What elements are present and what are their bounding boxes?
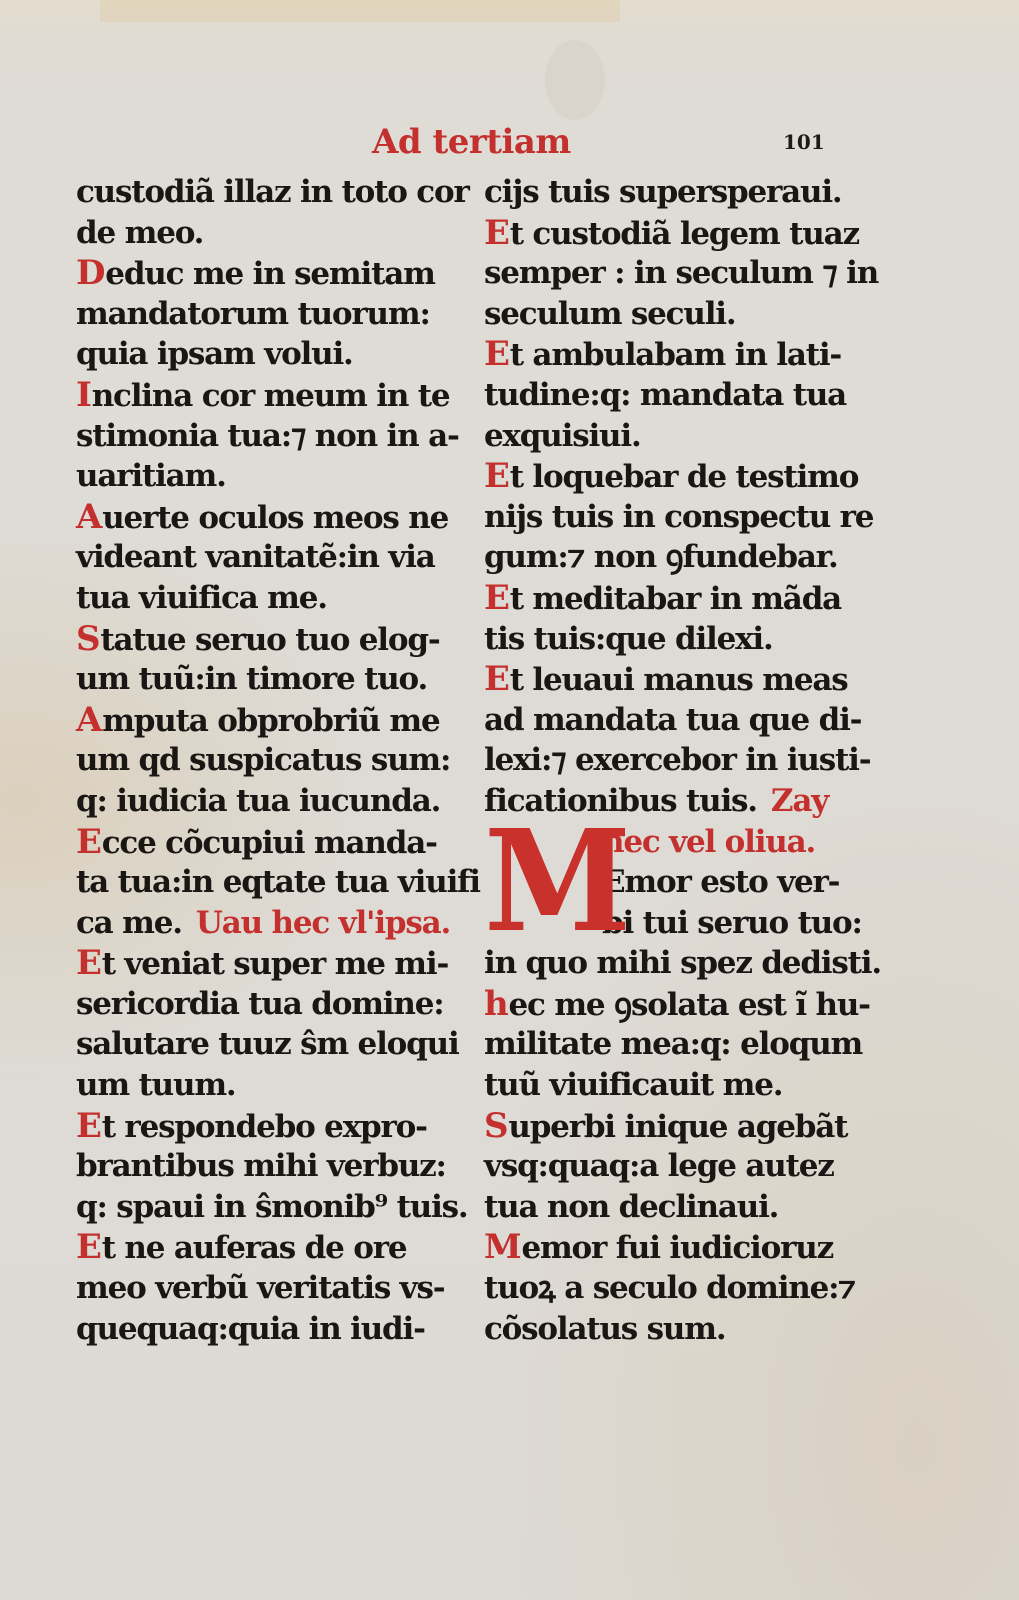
rubricated-initial: A [76,497,101,537]
line-text: tua viuifica me. [76,580,327,616]
rubricated-initial: E [76,943,101,983]
line-text: lexi:⁊ exercebor in iusti- [484,742,870,778]
line-text: cõsolatus sum. [484,1311,725,1347]
text-line: semper : in seculum ⁊ in [484,253,864,294]
line-text: quequaq:quia in iudi- [76,1311,425,1347]
text-line: q: iudicia tua iucunda. [76,781,456,822]
rubric-text: Zay [771,783,828,819]
text-line: exquisiui. [484,416,864,457]
line-text: videant vanitatẽ:in via [76,539,435,575]
line-text: meo verbũ veritatis vs- [76,1270,444,1306]
text-line: sericordia tua domine: [76,984,456,1025]
text-line: q: spaui in ŝmonib⁹ tuis. [76,1187,456,1228]
text-line: tuoꝝ a seculo domine:⁊ [484,1268,864,1309]
text-line: Et leuaui manus meas [484,659,864,700]
line-text: custodiã illaz in toto cor [76,174,469,210]
rubricated-initial: h [484,984,508,1024]
folio-number: 101 [783,130,825,154]
text-line: brantibus mihi verbuz: [76,1146,456,1187]
text-line: lexi:⁊ exercebor in iusti- [484,740,864,781]
line-text: tuoꝝ a seculo domine:⁊ [484,1270,855,1306]
line-text: nclina cor meum in te [92,378,450,414]
line-text: um tuum. [76,1067,236,1103]
text-line: cõsolatus sum. [484,1309,864,1350]
text-line: stimonia tua:⁊ non in a- [76,416,456,457]
text-line: Inclina cor meum in te [76,375,456,416]
running-head: Ad tertiam [372,122,571,162]
text-line: salutare tuuz ŝm eloqui [76,1024,456,1065]
decorated-initial-letter: M [484,822,579,942]
rubricated-initial: I [76,375,91,415]
line-text: ad mandata tua que di- [484,702,861,738]
manuscript-page: Ad tertiam 101 custodiã illaz in toto co… [0,0,1019,1600]
rubricated-initial: D [76,253,104,293]
decorated-initial: M [484,822,584,942]
text-line: uaritiam. [76,456,456,497]
line-text: t leuaui manus meas [510,662,848,698]
text-line: um tuũ:in timore tuo. [76,659,456,700]
line-text: seculum seculi. [484,296,735,332]
line-text: q: iudicia tua iucunda. [76,783,440,819]
line-text: t veniat super me mi- [102,946,448,982]
text-line: ad mandata tua que di- [484,700,864,741]
line-text: militate mea:q: eloqum [484,1026,862,1062]
line-text: brantibus mihi verbuz: [76,1148,446,1184]
text-line: tua non declinaui. [484,1187,864,1228]
text-line: tuũ viuificauit me. [484,1065,864,1106]
rubricated-initial: E [484,456,509,496]
line-text: ta tua:in eqtate tua viuifi [76,864,480,900]
text-line: Et loquebar de testimo [484,456,864,497]
left-column: custodiã illaz in toto corde meo.Deduc m… [76,172,456,1349]
text-line: Et veniat super me mi- [76,943,456,984]
line-text: uaritiam. [76,458,226,494]
rubric-text: hec vel oliua. [602,824,815,860]
text-line: Et custodiã legem tuaz [484,213,864,254]
line-text: educ me in semitam [105,256,434,292]
line-text: semper : in seculum ⁊ in [484,255,878,291]
line-text: tatue seruo tuo elog- [100,622,439,658]
line-text: exquisiui. [484,418,641,454]
text-line: Et ne auferas de ore [76,1227,456,1268]
line-text: ec me ꝯsolata est ĩ hu- [509,987,870,1023]
line-text: gum:⁊ non ꝯfundebar. [484,539,838,575]
text-line: Superbi inique agebãt [484,1106,864,1147]
text-line: Auerte oculos meos ne [76,497,456,538]
paper-stain [545,40,605,120]
text-line: cijs tuis supersperaui. [484,172,864,213]
rubricated-initial: E [76,822,101,862]
line-text: t respondebo expro- [102,1109,427,1145]
rubricated-initial: E [484,578,509,618]
rubricated-initial: E [76,1106,101,1146]
text-line: Et ambulabam in lati- [484,334,864,375]
line-text: nijs tuis in conspectu re [484,499,873,535]
rubric-text: Uau hec vl'ipsa. [196,905,450,941]
text-line: ca me.Uau hec vl'ipsa. [76,903,456,944]
text-line: mandatorum tuorum: [76,294,456,335]
rubricated-initial: A [76,700,101,740]
text-line: Statue seruo tuo elog- [76,619,456,660]
text-line: Amputa obprobriũ me [76,700,456,741]
text-line: ta tua:in eqtate tua viuifi [76,862,456,903]
line-text: t ne auferas de ore [102,1230,407,1266]
text-line: custodiã illaz in toto cor [76,172,456,213]
text-line: videant vanitatẽ:in via [76,537,456,578]
text-line: hec me ꝯsolata est ĩ hu- [484,984,864,1025]
text-line: Et respondebo expro- [76,1106,456,1147]
text-line: vsq:quaq:a lege autez [484,1146,864,1187]
line-text: um qd suspicatus sum: [76,742,450,778]
line-text: cce cõcupiui manda- [102,825,437,861]
line-text: bi tui seruo tuo: [602,905,862,941]
rubricated-initial: E [76,1227,101,1267]
line-text: Emor esto ver- [602,864,839,900]
text-line: gum:⁊ non ꝯfundebar. [484,537,864,578]
text-line: de meo. [76,213,456,254]
rubricated-initial: S [484,1106,507,1146]
line-text: de meo. [76,215,203,251]
line-text: stimonia tua:⁊ non in a- [76,418,459,454]
line-text: salutare tuuz ŝm eloqui [76,1026,459,1062]
line-text: tua non declinaui. [484,1189,778,1225]
text-line: um tuum. [76,1065,456,1106]
text-line: tudine:q: mandata tua [484,375,864,416]
text-line: militate mea:q: eloqum [484,1024,864,1065]
line-text: emor fui iudicioruz [521,1230,833,1266]
text-line: Deduc me in semitam [76,253,456,294]
line-text: uerte oculos meos ne [102,500,448,536]
text-line: quia ipsam volui. [76,334,456,375]
rubricated-initial: E [484,659,509,699]
rubricated-initial: S [76,619,99,659]
line-text: uperbi inique agebãt [508,1109,847,1145]
text-line: tis tuis:que dilexi. [484,619,864,660]
text-line: meo verbũ veritatis vs- [76,1268,456,1309]
text-line: quequaq:quia in iudi- [76,1309,456,1350]
text-line: um qd suspicatus sum: [76,740,456,781]
text-line: Ecce cõcupiui manda- [76,822,456,863]
line-text: um tuũ:in timore tuo. [76,661,427,697]
line-text: t loquebar de testimo [510,459,858,495]
text-line: tua viuifica me. [76,578,456,619]
line-text: t custodiã legem tuaz [510,216,859,252]
text-line: Et meditabar in mãda [484,578,864,619]
line-text: mandatorum tuorum: [76,296,430,332]
line-text: t ambulabam in lati- [510,337,841,373]
line-text: ca me. [76,905,182,941]
line-text: quia ipsam volui. [76,336,353,372]
line-text: cijs tuis supersperaui. [484,174,842,210]
line-text: tudine:q: mandata tua [484,377,846,413]
text-line: seculum seculi. [484,294,864,335]
rubricated-initial: M [484,1227,520,1267]
rubricated-initial: E [484,334,509,374]
line-text: t meditabar in mãda [510,581,841,617]
text-line: nijs tuis in conspectu re [484,497,864,538]
line-text: sericordia tua domine: [76,986,443,1022]
line-text: tis tuis:que dilexi. [484,621,773,657]
line-text: vsq:quaq:a lege autez [484,1148,834,1184]
line-text: mputa obprobriũ me [102,703,439,739]
right-column: M cijs tuis supersperaui.Et custodiã leg… [484,172,864,1349]
line-text: tuũ viuificauit me. [484,1067,782,1103]
rubricated-initial: E [484,213,509,253]
line-text: q: spaui in ŝmonib⁹ tuis. [76,1189,468,1225]
text-line: Memor fui iudicioruz [484,1227,864,1268]
